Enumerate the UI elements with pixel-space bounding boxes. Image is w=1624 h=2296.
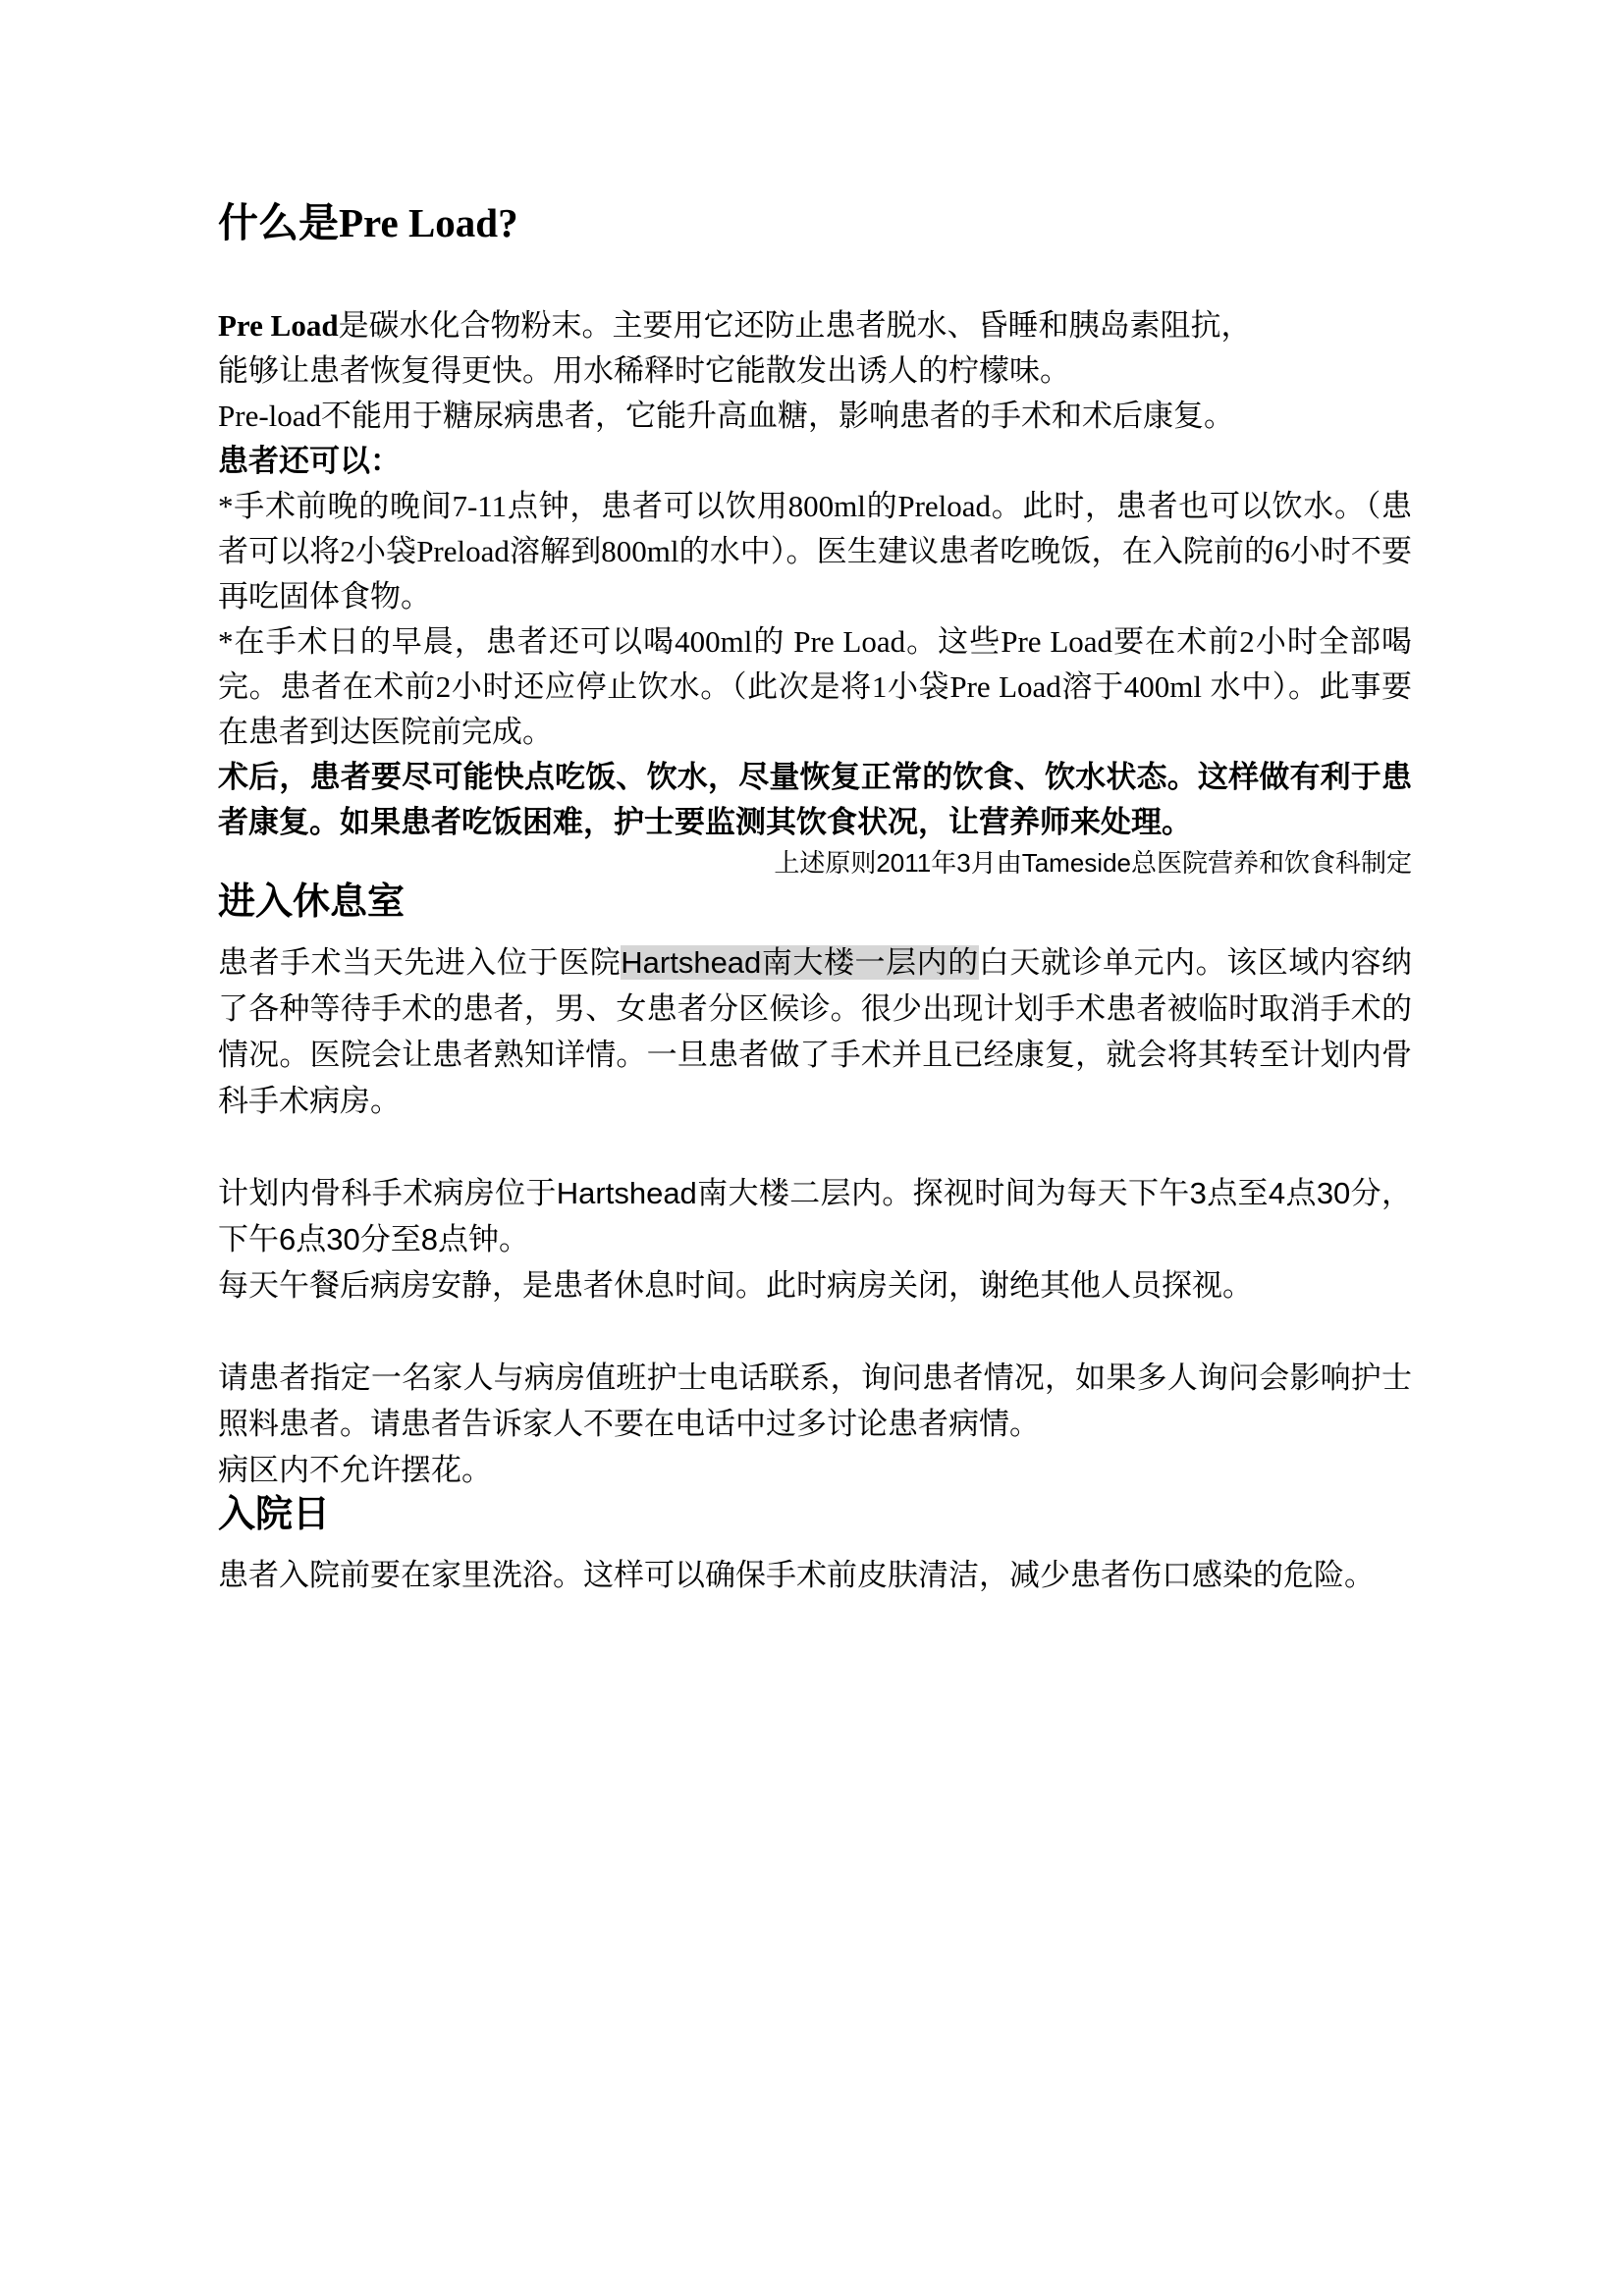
admission-section-title: 入院日 bbox=[218, 1493, 1412, 1536]
preload-bullet-evening: *手术前晚的晚间7-11点钟，患者可以饮用800ml的Preload。此时，患者… bbox=[218, 484, 1412, 619]
preload-postop-note: 术后，患者要尽可能快点吃饭、饮水，尽量恢复正常的饮食、饮水状态。这样做有利于患者… bbox=[218, 755, 1412, 845]
preload-intro-paragraph: Pre Load是碳水化合物粉末。主要用它还防止患者脱水、昏睡和胰岛素阻抗， bbox=[218, 303, 1412, 348]
lounge-p1-before-text: 患者手术当天先进入位于医院 bbox=[218, 945, 621, 980]
lounge-paragraph-3: 请患者指定一名家人与病房值班护士电话联系，询问患者情况，如果多人询问会影响护士照… bbox=[218, 1355, 1412, 1493]
lounge-paragraph-2: 计划内骨科手术病房位于Hartshead南大楼二层内。探视时间为每天下午3点至4… bbox=[218, 1170, 1412, 1308]
preload-subhead: 患者还可以： bbox=[218, 439, 1412, 484]
lounge-p1-highlighted-text: Hartshead南大楼一层内的 bbox=[621, 945, 979, 980]
blank-line bbox=[218, 1124, 1412, 1170]
preload-attribution: 上述原则2011年3月由Tameside总医院营养和饮食科制定 bbox=[218, 845, 1412, 881]
section-lounge: 进入休息室 患者手术当天先进入位于医院Hartshead南大楼一层内的白天就诊单… bbox=[218, 881, 1412, 1493]
preload-section-title: 什么是Pre Load? bbox=[218, 199, 1412, 246]
section-preload: 什么是Pre Load? Pre Load是碳水化合物粉末。主要用它还防止患者脱… bbox=[218, 199, 1412, 881]
lounge-section-title: 进入休息室 bbox=[218, 881, 1412, 924]
admission-paragraph-1: 患者入院前要在家里洗浴。这样可以确保手术前皮肤清洁，减少患者伤口感染的危险。 bbox=[218, 1552, 1412, 1598]
document-page: 什么是Pre Load? Pre Load是碳水化合物粉末。主要用它还防止患者脱… bbox=[0, 0, 1624, 2296]
preload-line2: 能够让患者恢复得更快。用水稀释时它能散发出诱人的柠檬味。 bbox=[218, 348, 1412, 394]
blank-line bbox=[218, 1308, 1412, 1355]
preload-line3: Pre-load不能用于糖尿病患者，它能升高血糖，影响患者的手术和术后康复。 bbox=[218, 394, 1412, 439]
preload-intro-bold-text: Pre Load bbox=[218, 308, 339, 343]
section-admission: 入院日 患者入院前要在家里洗浴。这样可以确保手术前皮肤清洁，减少患者伤口感染的危… bbox=[218, 1493, 1412, 1598]
lounge-paragraph-1: 患者手术当天先进入位于医院Hartshead南大楼一层内的白天就诊单元内。该区域… bbox=[218, 939, 1412, 1124]
preload-bullet-morning: *在手术日的早晨，患者还可以喝400ml的 Pre Load。这些Pre Loa… bbox=[218, 619, 1412, 755]
preload-intro-rest-text: 是碳水化合物粉末。主要用它还防止患者脱水、昏睡和胰岛素阻抗， bbox=[339, 308, 1252, 343]
